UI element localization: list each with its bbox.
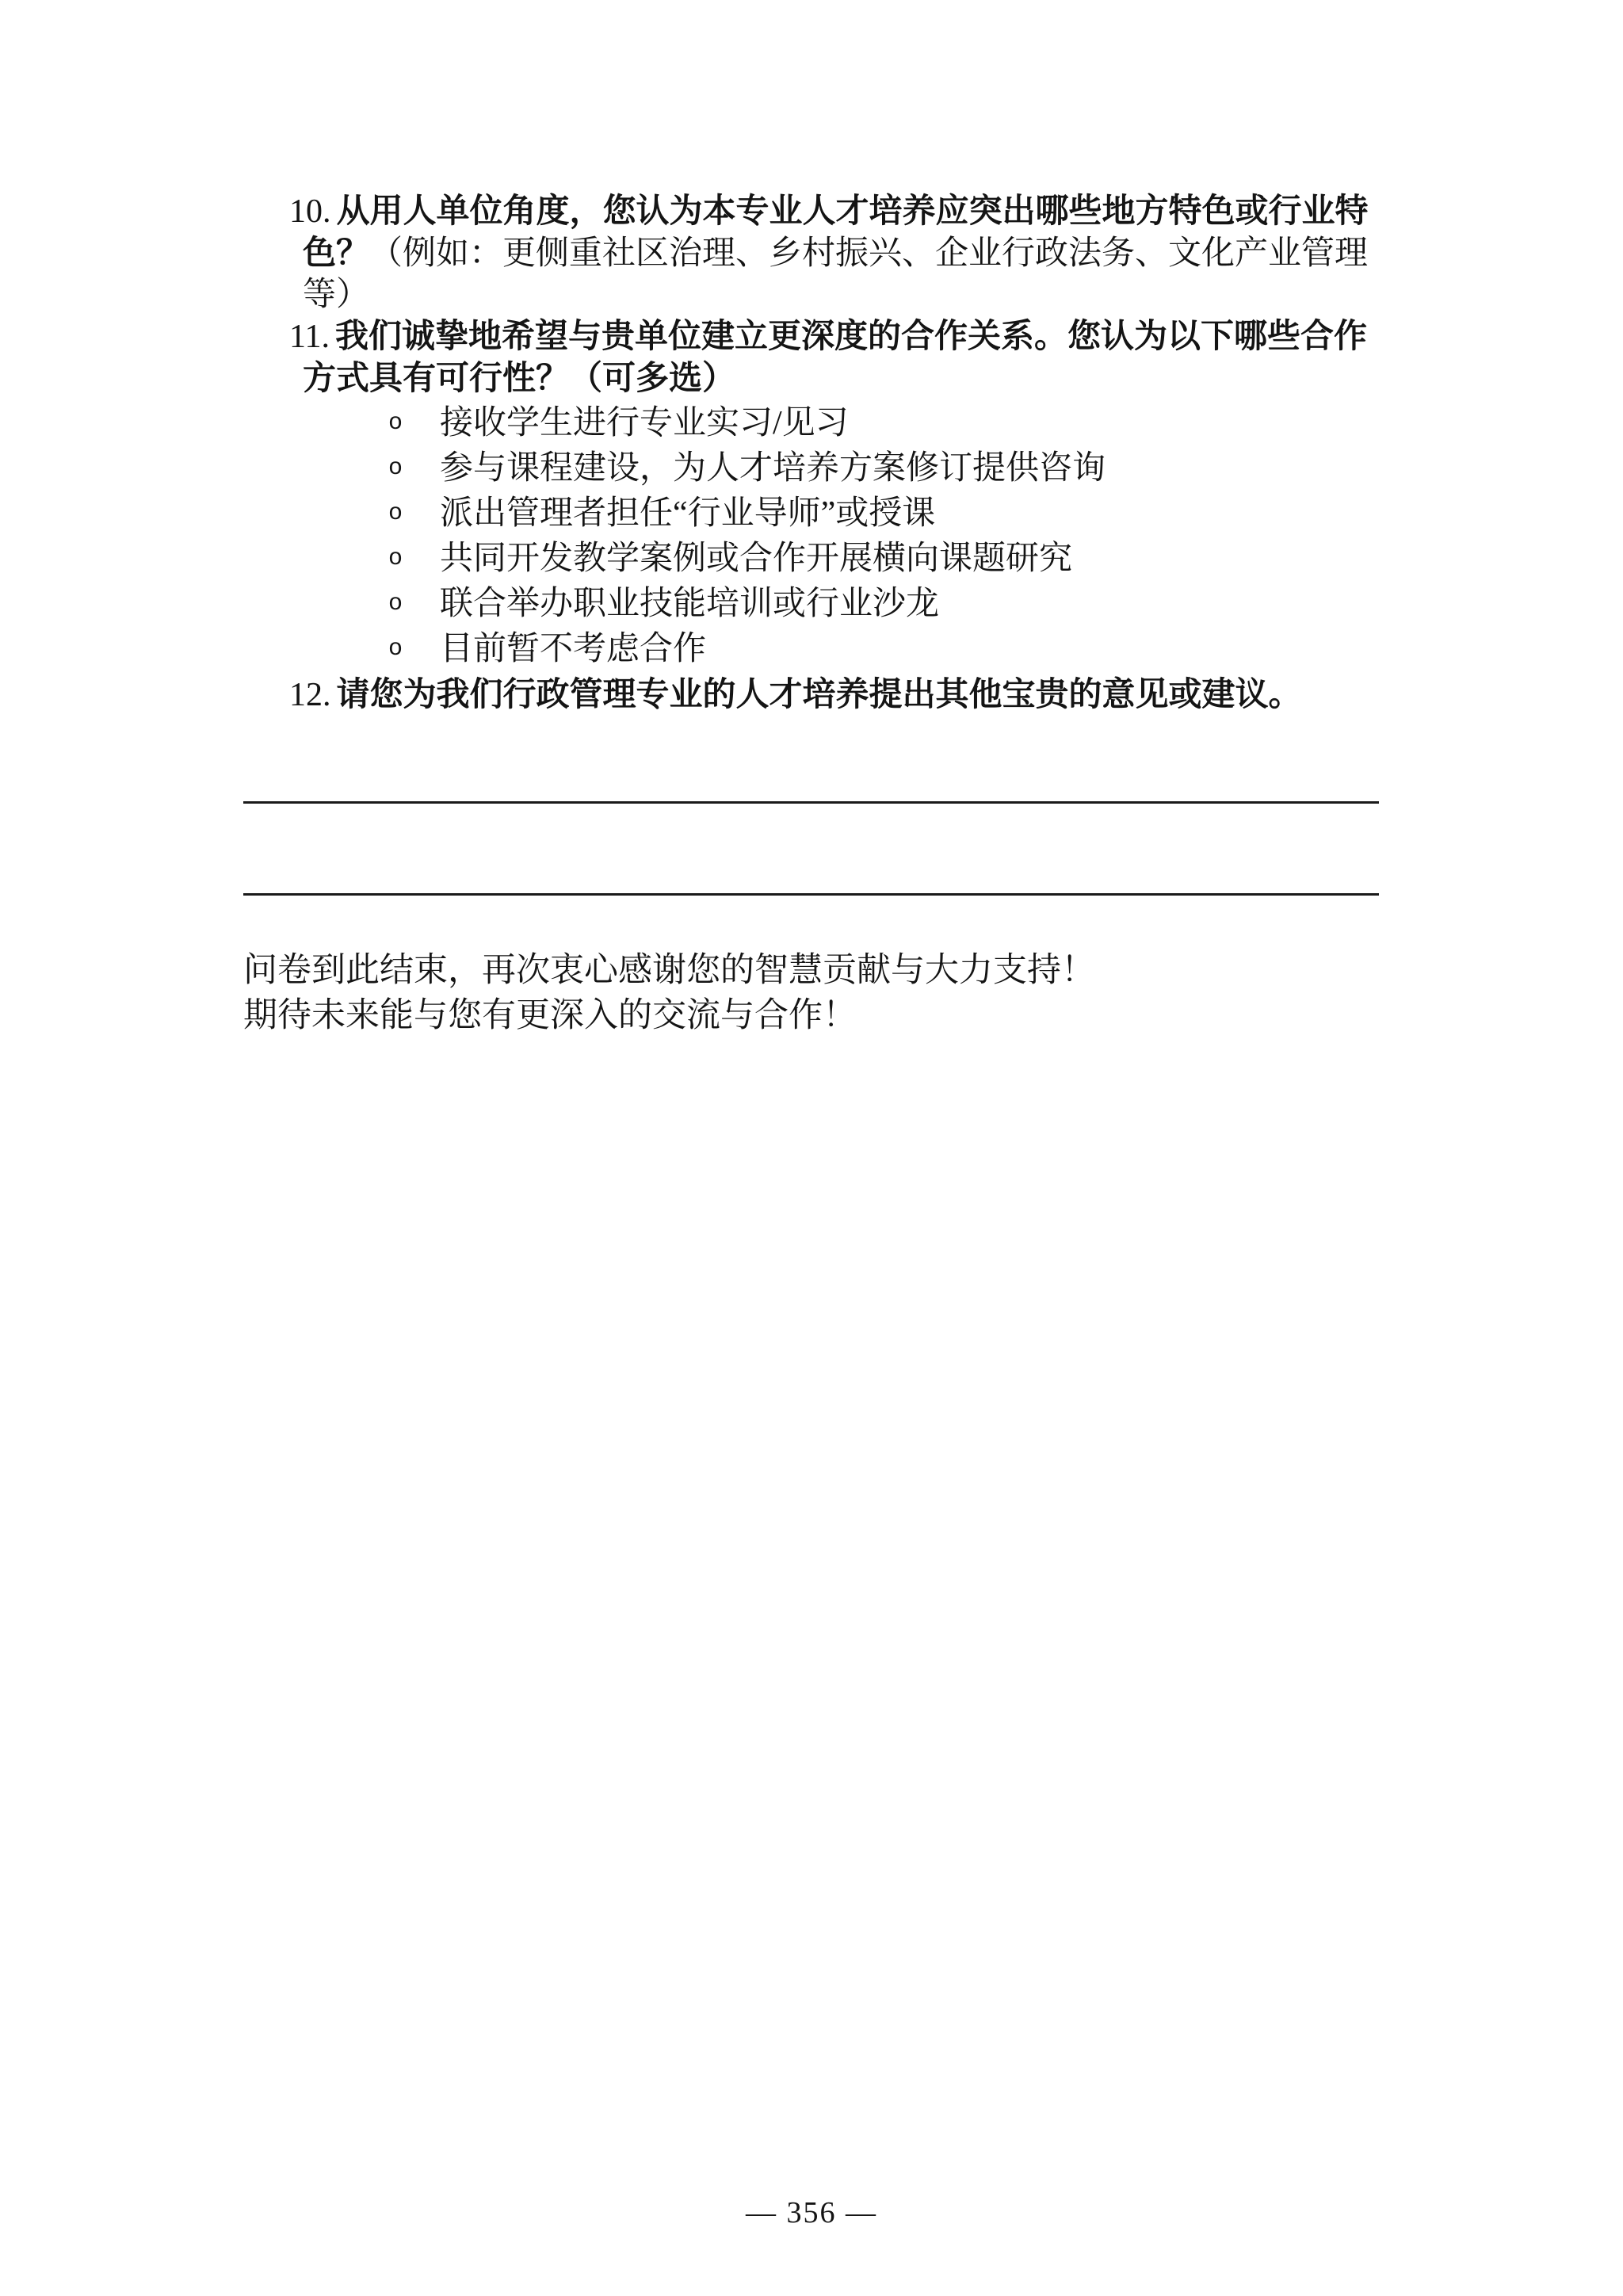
main-content: 10.从用人单位角度，您认为本专业人才培养应突出哪些地方特色或行业特色？（例如：… bbox=[243, 190, 1379, 1038]
closing-line-1: 问卷到此结束，再次衷心感谢您的智慧贡献与大力支持！ bbox=[243, 948, 1379, 993]
question-11-title: 我们诚挚地希望与贵单位建立更深度的合作关系。您认为以下哪些合作方式具有可行性？（… bbox=[303, 317, 1367, 396]
question-11-number: 11. bbox=[289, 319, 335, 355]
question-10: 10.从用人单位角度，您认为本专业人才培养应突出哪些地方特色或行业特色？（例如：… bbox=[289, 190, 1379, 315]
question-12-title: 请您为我们行政管理专业的人才培养提出其他宝贵的意见或建议。 bbox=[337, 675, 1302, 712]
question-12: 12.请您为我们行政管理专业的人才培养提出其他宝贵的意见或建议。 bbox=[289, 674, 1379, 716]
option-row: o 共同开发教学案例或合作开展横向课题研究 bbox=[388, 537, 1379, 582]
option-row: o 参与课程建设，为人才培养方案修订提供咨询 bbox=[388, 446, 1379, 491]
option-label: 共同开发教学案例或合作开展横向课题研究 bbox=[440, 537, 1072, 582]
bullet-icon: o bbox=[388, 491, 440, 537]
option-label: 参与课程建设，为人才培养方案修订提供咨询 bbox=[440, 446, 1106, 491]
document-page: 10.从用人单位角度，您认为本专业人才培养应突出哪些地方特色或行业特色？（例如：… bbox=[0, 0, 1623, 2296]
question-11-options-list: o 接收学生进行专业实习/见习 o 参与课程建设，为人才培养方案修订提供咨询 o… bbox=[243, 401, 1379, 672]
option-row: o 接收学生进行专业实习/见习 bbox=[388, 401, 1379, 446]
option-label: 派出管理者担任“行业导师”或授课 bbox=[440, 491, 935, 537]
option-row: o 联合举办职业技能培训或行业沙龙 bbox=[388, 582, 1379, 627]
closing-paragraph: 问卷到此结束，再次衷心感谢您的智慧贡献与大力支持！ 期待未来能与您有更深入的交流… bbox=[243, 948, 1379, 1038]
question-12-number: 12. bbox=[289, 677, 337, 713]
option-row: o 目前暂不考虑合作 bbox=[388, 627, 1379, 672]
bullet-icon: o bbox=[388, 627, 440, 672]
option-row: o 派出管理者担任“行业导师”或授课 bbox=[388, 491, 1379, 537]
bullet-icon: o bbox=[388, 401, 440, 446]
bullet-icon: o bbox=[388, 582, 440, 627]
option-label: 接收学生进行专业实习/见习 bbox=[440, 401, 849, 446]
bullet-icon: o bbox=[388, 446, 440, 491]
answer-line-2 bbox=[243, 893, 1379, 896]
option-label: 目前暂不考虑合作 bbox=[440, 627, 706, 672]
page-number: — 356 — bbox=[0, 2195, 1623, 2230]
answer-line-1 bbox=[243, 801, 1379, 804]
option-label: 联合举办职业技能培训或行业沙龙 bbox=[440, 582, 939, 627]
question-10-number: 10. bbox=[289, 193, 337, 230]
question-11: 11.我们诚挚地希望与贵单位建立更深度的合作关系。您认为以下哪些合作方式具有可行… bbox=[289, 315, 1379, 399]
question-10-hint: （例如：更侧重社区治理、乡村振兴、企业行政法务、文化产业管理等） bbox=[303, 235, 1368, 313]
bullet-icon: o bbox=[388, 537, 440, 582]
closing-line-2: 期待未来能与您有更深入的交流与合作！ bbox=[243, 993, 1379, 1038]
